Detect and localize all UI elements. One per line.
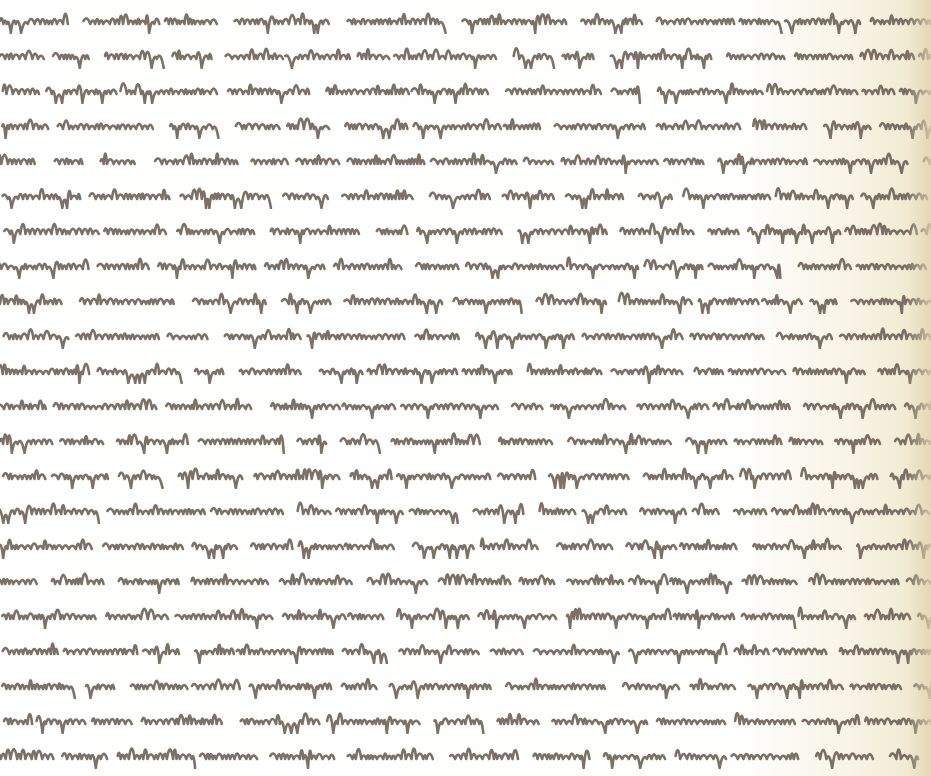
handwriting-line — [0, 144, 931, 174]
handwriting-line — [0, 704, 931, 734]
manuscript-page — [0, 0, 931, 776]
handwriting-line — [0, 739, 931, 769]
handwriting-line — [0, 529, 931, 559]
handwriting-line — [0, 564, 931, 594]
handwriting-line — [0, 109, 931, 139]
handwriting-line — [0, 39, 931, 69]
handwriting-line — [0, 494, 931, 524]
handwriting-line — [0, 319, 931, 349]
page-binding-edge — [907, 0, 931, 776]
handwriting-line — [0, 389, 931, 419]
handwriting-line — [0, 459, 931, 489]
handwriting-line — [0, 179, 931, 209]
handwriting-line — [0, 634, 931, 664]
handwriting-line — [0, 249, 931, 279]
handwriting-line — [0, 424, 931, 454]
handwriting-line — [0, 214, 931, 244]
handwriting-line — [0, 74, 931, 104]
handwriting-line — [0, 669, 931, 699]
handwriting-line — [0, 354, 931, 384]
handwriting-line — [0, 4, 931, 34]
handwriting-line — [0, 599, 931, 629]
handwriting-line — [0, 284, 931, 314]
